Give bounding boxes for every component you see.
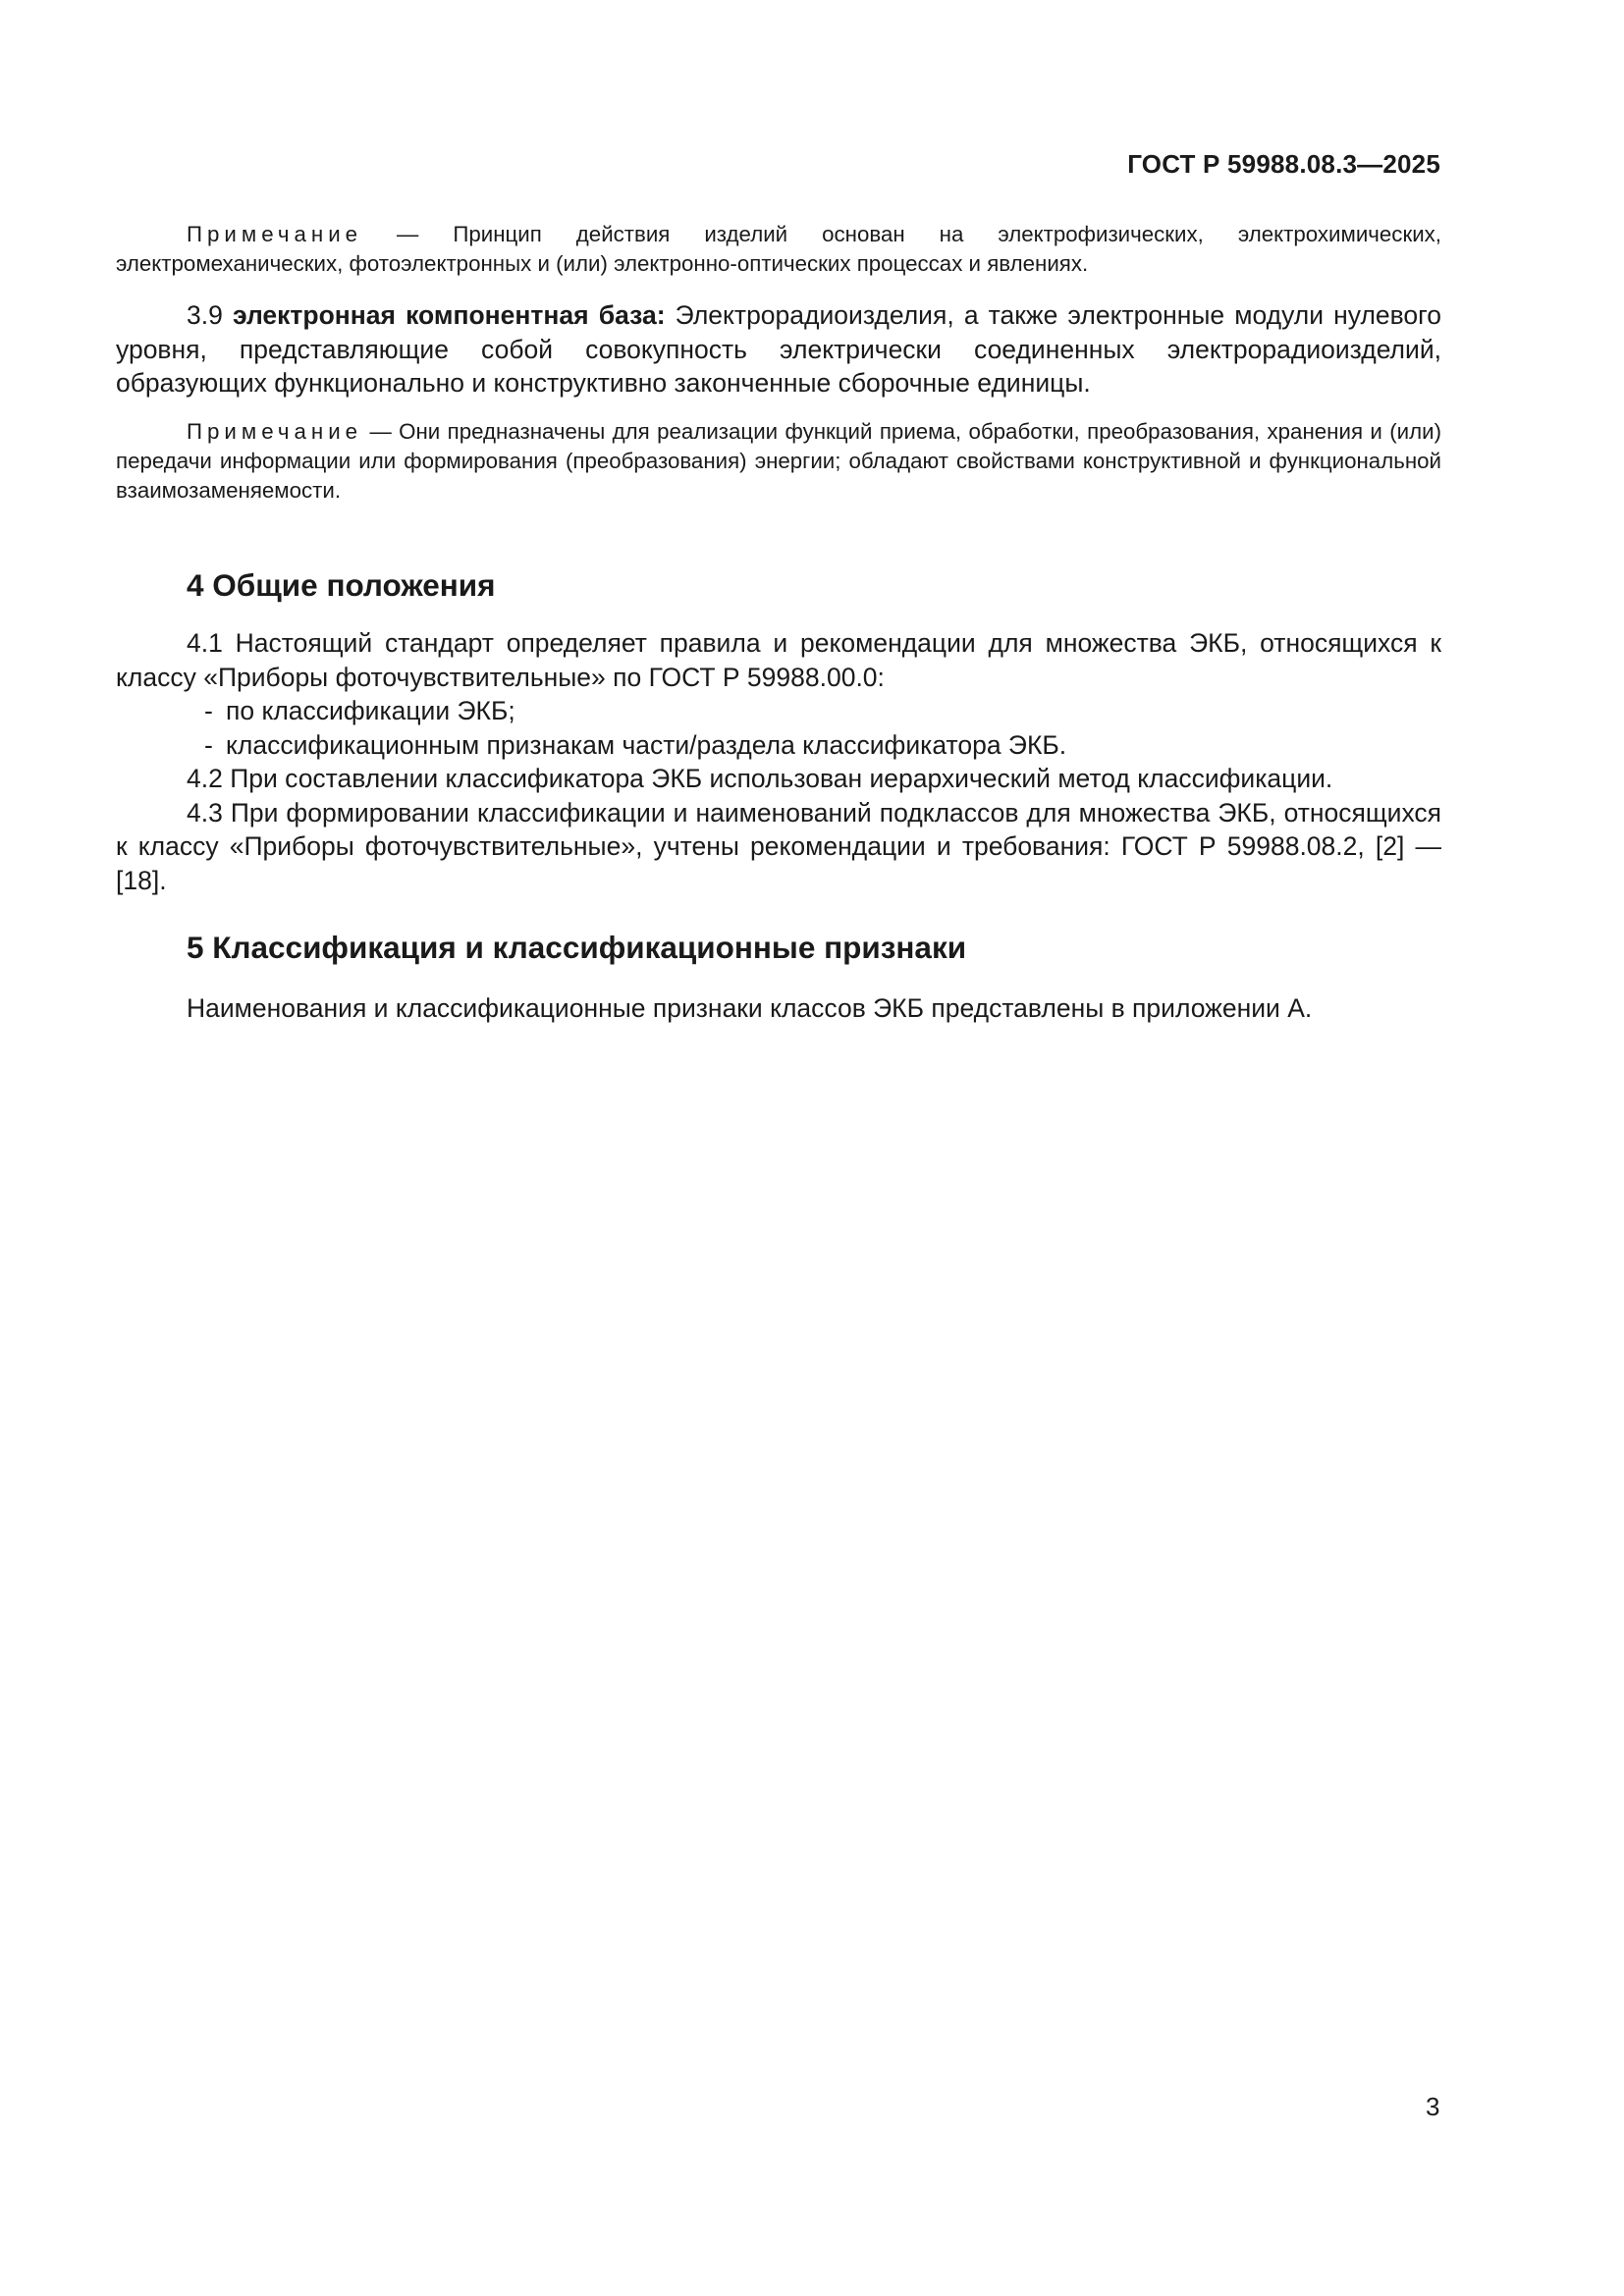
note-dash: — (362, 222, 453, 246)
term-3-9: 3.9 электронная компонентная база: Элект… (116, 298, 1441, 400)
document-page: ГОСТ Р 59988.08.3—2025 Примечание — Прин… (0, 0, 1624, 2296)
page-number: 3 (1426, 2092, 1439, 2122)
list-text: по классификации ЭКБ; (226, 696, 515, 725)
section-5-body: Наименования и классификационные признак… (116, 991, 1441, 1026)
note-label: Примечание (187, 222, 362, 246)
note-text: Примечание — Принцип действия изделий ос… (116, 220, 1441, 279)
list-dash: - (204, 694, 226, 728)
list-text: классификационным признакам части/раздел… (226, 730, 1066, 760)
paragraph-4-1: 4.1 Настоящий стандарт определяет правил… (116, 626, 1441, 694)
term-paragraph: 3.9 электронная компонентная база: Элект… (116, 298, 1441, 400)
list-dash: - (204, 728, 226, 763)
section-heading: 4 Общие положения (116, 565, 1441, 605)
note-purpose: Примечание — Они предназначены для реали… (116, 417, 1441, 506)
note-text: Примечание — Они предназначены для реали… (116, 417, 1441, 506)
paragraph-4-2: 4.2 При составлении классификатора ЭКБ и… (116, 762, 1441, 796)
section-5: 5 Классификация и классификационные приз… (116, 928, 1441, 967)
paragraph-5: Наименования и классификационные признак… (116, 991, 1441, 1026)
note-label: Примечание (187, 419, 362, 444)
list-item: -классификационным признакам части/разде… (116, 728, 1441, 763)
note-dash: — (362, 419, 399, 444)
section-heading: 5 Классификация и классификационные приз… (116, 928, 1441, 967)
document-header: ГОСТ Р 59988.08.3—2025 (1127, 149, 1440, 180)
section-4: 4 Общие положения (116, 565, 1441, 605)
term-name: электронная компонентная база: (233, 300, 666, 330)
term-number: 3.9 (187, 300, 233, 330)
section-4-body: 4.1 Настоящий стандарт определяет правил… (116, 626, 1441, 897)
paragraph-4-3: 4.3 При формировании классификации и наи… (116, 796, 1441, 898)
list-item: -по классификации ЭКБ; (116, 694, 1441, 728)
note-principle: Примечание — Принцип действия изделий ос… (116, 220, 1441, 279)
